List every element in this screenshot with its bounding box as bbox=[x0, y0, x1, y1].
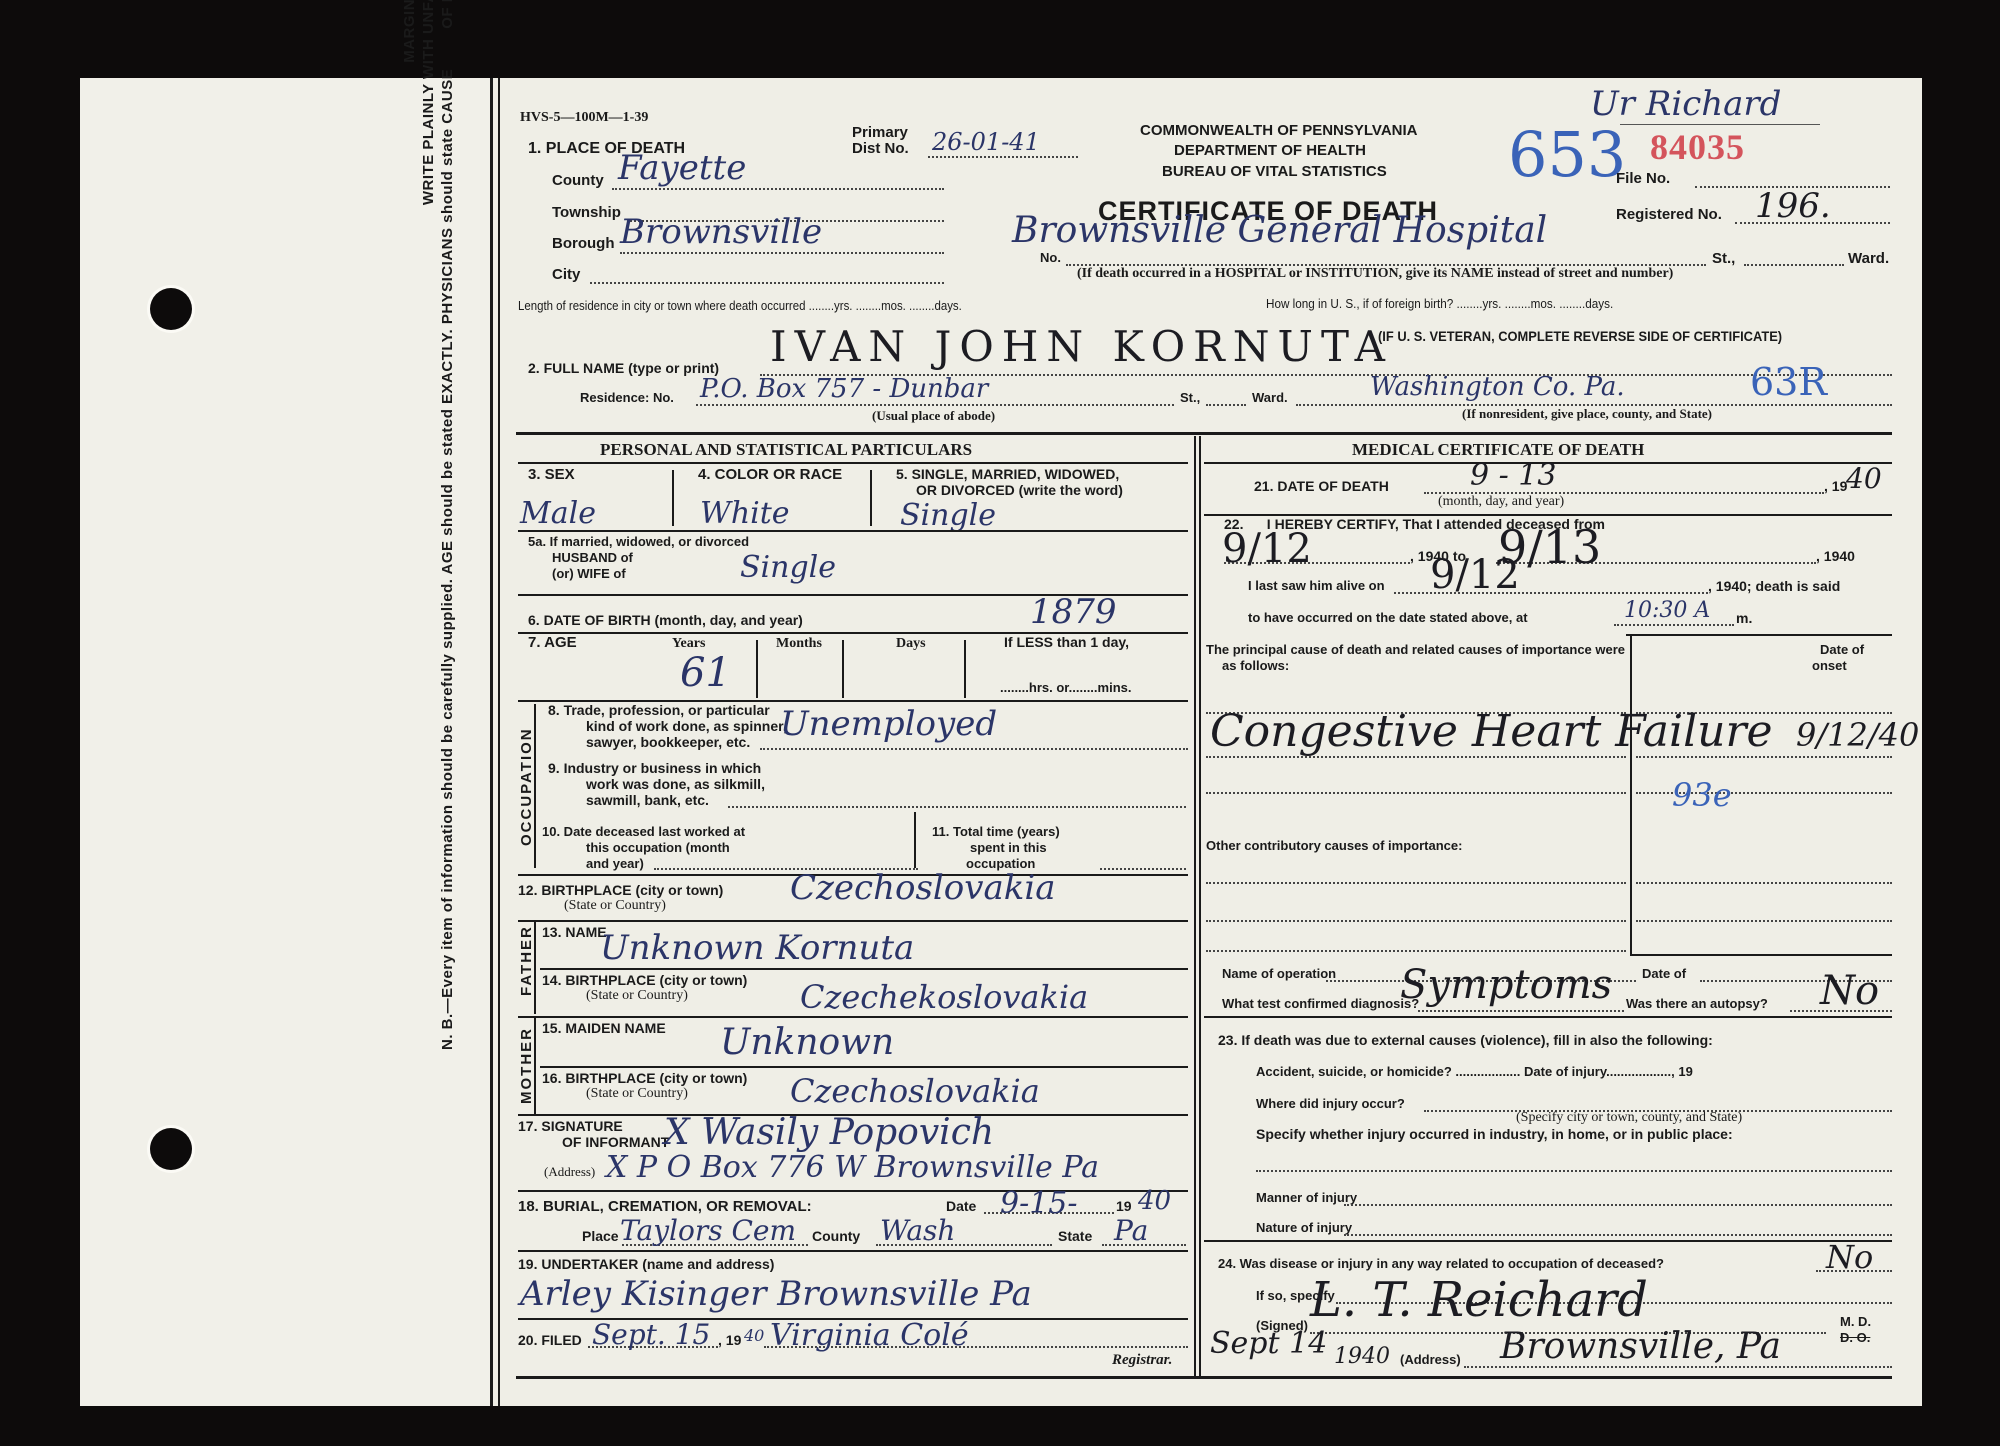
borough-label: Borough bbox=[552, 235, 614, 252]
us-length-label: How long in U. S., if of foreign birth? … bbox=[1266, 296, 1613, 311]
burial-year-value: 40 bbox=[1138, 1186, 1171, 1216]
residence-place-value: Washington Co. Pa. bbox=[1370, 372, 1625, 402]
informant-address-value: X P O Box 776 W Brownsville Pa bbox=[606, 1150, 1099, 1185]
date-of-death-label: 21. DATE OF DEATH bbox=[1254, 478, 1389, 494]
external-causes-label: 23. If death was due to external causes … bbox=[1218, 1032, 1713, 1048]
last-saw-value: 9/12 bbox=[1430, 552, 1520, 598]
burial-date-value: 9-15- bbox=[1000, 1186, 1078, 1221]
age-label: 7. AGE bbox=[528, 634, 577, 651]
birthplace-label-2: (State or Country) bbox=[564, 898, 666, 914]
mother-name-label: 15. MAIDEN NAME bbox=[542, 1020, 666, 1036]
residence-label: Residence: No. bbox=[580, 390, 674, 405]
registered-no-label: Registered No. bbox=[1616, 206, 1722, 223]
burial-state-value: Pa bbox=[1114, 1214, 1148, 1247]
industry-label-2: work was done, as silkmill, bbox=[586, 776, 765, 792]
dist-no-value: 26-01-41 bbox=[932, 128, 1040, 156]
time-of-death-label: to have occurred on the date stated abov… bbox=[1248, 610, 1528, 625]
md-label: M. D. bbox=[1840, 1314, 1871, 1329]
race-value: White bbox=[700, 496, 790, 531]
trade-label-2: kind of work done, as spinner, bbox=[586, 718, 787, 734]
institution-note: (If death occurred in a HOSPITAL or INST… bbox=[1077, 266, 1673, 282]
st-label: St., bbox=[1180, 390, 1200, 405]
mother-name-value: Unknown bbox=[720, 1022, 894, 1063]
date-of-death-note: (month, day, and year) bbox=[1438, 494, 1564, 510]
burial-label: 18. BURIAL, CREMATION, OR REMOVAL: bbox=[518, 1198, 812, 1215]
less-than-day-label: If LESS than 1 day, bbox=[1004, 634, 1129, 650]
accident-label: Accident, suicide, or homicide? ........… bbox=[1256, 1064, 1693, 1079]
attended-from-value: 9/12 bbox=[1222, 526, 1312, 572]
ward-label: Ward. bbox=[1252, 390, 1288, 405]
autopsy-value: No bbox=[1820, 968, 1879, 1014]
city-label: City bbox=[552, 266, 580, 283]
autopsy-label: Was there an autopsy? bbox=[1626, 996, 1768, 1011]
burial-place-value: Taylors Cem bbox=[620, 1214, 796, 1247]
onset-label-1: Date of bbox=[1820, 642, 1864, 657]
ward-label: Ward. bbox=[1848, 250, 1889, 267]
file-stamp-number: 84035 bbox=[1650, 126, 1745, 168]
physician-address-label: (Address) bbox=[1400, 1352, 1461, 1367]
borough-value: Brownsville bbox=[620, 212, 822, 252]
filed-year-prefix: , 19 bbox=[718, 1332, 741, 1348]
mother-birthplace-label-1: 16. BIRTHPLACE (city or town) bbox=[542, 1070, 747, 1086]
filed-date-value: Sept. 15 bbox=[592, 1318, 710, 1351]
operation-label: Name of operation bbox=[1222, 966, 1336, 981]
residence-length-label: Length of residence in city or town wher… bbox=[518, 298, 962, 313]
filed-label: 20. FILED bbox=[518, 1332, 582, 1348]
registered-no-value: 196. bbox=[1755, 186, 1831, 226]
diagnosis-value: Symptoms bbox=[1400, 962, 1612, 1008]
primary-label: Primary bbox=[852, 124, 908, 141]
residence-code: 63R bbox=[1750, 360, 1827, 404]
st-label: St., bbox=[1712, 250, 1735, 267]
last-worked-label-2: this occupation (month bbox=[586, 840, 730, 855]
physician-address-value: Brownsville, Pa bbox=[1500, 1326, 1781, 1367]
father-birthplace-label-1: 14. BIRTHPLACE (city or town) bbox=[542, 972, 747, 988]
where-injury-label: Where did injury occur? bbox=[1256, 1096, 1405, 1111]
medical-header: MEDICAL CERTIFICATE OF DEATH bbox=[1352, 440, 1644, 460]
agency-line-1: COMMONWEALTH OF PENNSYLVANIA bbox=[1140, 122, 1418, 139]
last-saw-year: , 1940; death is said bbox=[1708, 578, 1840, 594]
death-year-value: 40 bbox=[1846, 462, 1882, 495]
total-time-label-2: spent in this bbox=[970, 840, 1047, 855]
top-annotation: Ur Richard bbox=[1590, 84, 1781, 124]
trade-value: Unemployed bbox=[780, 704, 997, 744]
father-birthplace-value: Czechekoslovakia bbox=[800, 978, 1088, 1016]
margin-instructions: MARGIN RESERVED FOR BINDINGWRITE PLAINLY… bbox=[400, 0, 457, 1050]
binding-border bbox=[490, 78, 493, 1406]
abode-note: (Usual place of abode) bbox=[872, 408, 995, 424]
binding-border bbox=[498, 78, 500, 1406]
diagnosis-label: What test confirmed diagnosis? bbox=[1222, 996, 1419, 1011]
informant-label-1: 17. SIGNATURE bbox=[518, 1118, 623, 1134]
filed-year-value: 40 bbox=[744, 1326, 764, 1345]
father-side-label: FATHER bbox=[518, 925, 535, 996]
county-label: County bbox=[552, 172, 604, 189]
dob-label: 6. DATE OF BIRTH (month, day, and year) bbox=[528, 612, 803, 628]
date-of-death-value: 9 - 13 bbox=[1470, 458, 1556, 493]
physician-signature: L. T. Reichard bbox=[1310, 1272, 1648, 1328]
full-name-value: IVAN JOHN KORNUTA bbox=[770, 322, 1393, 371]
burial-state-label: State bbox=[1058, 1228, 1092, 1244]
informant-label-2: OF INFORMANT bbox=[562, 1134, 669, 1150]
days-label: Days bbox=[896, 636, 926, 652]
total-time-label-1: 11. Total time (years) bbox=[932, 824, 1060, 839]
mother-side-label: MOTHER bbox=[518, 1027, 535, 1104]
time-of-death-value: 10:30 A bbox=[1624, 598, 1710, 623]
birthplace-value: Czechoslovakia bbox=[790, 868, 1055, 908]
marital-label-1: 5. SINGLE, MARRIED, WIDOWED, bbox=[896, 466, 1119, 482]
months-label: Months bbox=[776, 636, 822, 652]
marital-value: Single bbox=[900, 498, 996, 533]
birthplace-label-1: 12. BIRTHPLACE (city or town) bbox=[518, 882, 723, 898]
where-injury-note: (Specify city or town, county, and State… bbox=[1516, 1110, 1742, 1126]
death-year-prefix: , 19 bbox=[1824, 478, 1847, 494]
spouse-label-3: (or) WIFE of bbox=[552, 566, 626, 581]
full-name-label: 2. FULL NAME (type or print) bbox=[528, 360, 719, 376]
agency-line-2: DEPARTMENT OF HEALTH bbox=[1174, 142, 1366, 159]
burial-date-label: Date bbox=[946, 1198, 976, 1214]
undertaker-label: 19. UNDERTAKER (name and address) bbox=[518, 1256, 774, 1272]
informant-address-label: (Address) bbox=[544, 1164, 595, 1180]
do-label: D. O. bbox=[1840, 1330, 1870, 1345]
onset-label-2: onset bbox=[1812, 658, 1847, 673]
last-worked-label-3: and year) bbox=[586, 856, 644, 871]
race-label: 4. COLOR OR RACE bbox=[698, 466, 842, 483]
residence-value: P.O. Box 757 - Dunbar bbox=[700, 374, 988, 404]
registrar-label: Registrar. bbox=[1112, 1352, 1172, 1369]
father-name-value: Unknown Kornuta bbox=[600, 928, 914, 968]
form-code: HVS-5—100M—1-39 bbox=[520, 110, 648, 126]
dob-value: 1879 bbox=[1030, 592, 1117, 632]
cause-label-1: The principal cause of death and related… bbox=[1206, 642, 1625, 657]
onset-value: 9/12/40 bbox=[1796, 716, 1919, 754]
attended-to-year: , 1940 bbox=[1816, 548, 1855, 564]
marital-label-2: OR DIVORCED (write the word) bbox=[916, 482, 1123, 498]
township-label: Township bbox=[552, 204, 621, 221]
spouse-label-2: HUSBAND of bbox=[552, 550, 633, 565]
occupational-label: 24. Was disease or injury in any way rel… bbox=[1218, 1256, 1664, 1271]
industry-label-3: sawmill, bank, etc. bbox=[586, 792, 709, 808]
burial-year-prefix: 19 bbox=[1116, 1198, 1132, 1214]
personal-header: PERSONAL AND STATISTICAL PARTICULARS bbox=[600, 440, 972, 460]
father-name-label: 13. NAME bbox=[542, 924, 607, 940]
cause-label-2: as follows: bbox=[1222, 658, 1289, 673]
no-label: No. bbox=[1040, 250, 1061, 265]
burial-county-label: County bbox=[812, 1228, 860, 1244]
burial-place-label: Place bbox=[582, 1228, 619, 1244]
sign-year-value: 1940 bbox=[1334, 1344, 1390, 1369]
agency-line-3: BUREAU OF VITAL STATISTICS bbox=[1162, 163, 1387, 180]
sign-date-value: Sept 14 bbox=[1210, 1326, 1327, 1361]
years-value: 61 bbox=[680, 650, 731, 696]
mother-birthplace-label-2: (State or Country) bbox=[586, 1086, 688, 1102]
pencil-file-number: 653 bbox=[1508, 118, 1626, 191]
industry-label-1: 9. Industry or business in which bbox=[548, 760, 761, 776]
hours-minutes-label: ........hrs. or........mins. bbox=[1000, 680, 1131, 695]
time-of-death-suffix: m. bbox=[1736, 610, 1752, 626]
punch-hole-icon bbox=[150, 1128, 192, 1170]
informant-signature: X Wasily Popovich bbox=[664, 1112, 994, 1153]
institution-value: Brownsville General Hospital bbox=[1012, 210, 1547, 251]
father-birthplace-label-2: (State or Country) bbox=[586, 988, 688, 1004]
sex-label: 3. SEX bbox=[528, 466, 575, 483]
last-worked-label-1: 10. Date deceased last worked at bbox=[542, 824, 745, 839]
veteran-note: (IF U. S. VETERAN, COMPLETE REVERSE SIDE… bbox=[1378, 328, 1782, 344]
contributory-label: Other contributory causes of importance: bbox=[1206, 838, 1462, 853]
cause-of-death-value: Congestive Heart Failure bbox=[1210, 706, 1773, 757]
trade-label-3: sawyer, bookkeeper, etc. bbox=[586, 734, 750, 750]
county-value: Fayette bbox=[618, 148, 746, 188]
nature-injury-label: Nature of injury bbox=[1256, 1220, 1352, 1235]
mother-birthplace-value: Czechoslovakia bbox=[790, 1072, 1040, 1110]
occupational-value: No bbox=[1826, 1238, 1873, 1276]
registrar-name: Virginia Colé bbox=[770, 1318, 969, 1353]
nonresident-note: (If nonresident, give place, county, and… bbox=[1462, 406, 1712, 422]
occupation-side-label: OCCUPATION bbox=[518, 727, 535, 846]
trade-label-1: 8. Trade, profession, or particular bbox=[548, 702, 770, 718]
specify-place-label: Specify whether injury occurred in indus… bbox=[1256, 1126, 1733, 1142]
spouse-label-1: 5a. If married, widowed, or divorced bbox=[528, 534, 749, 549]
file-no-label: File No. bbox=[1616, 170, 1670, 187]
operation-date-label: Date of bbox=[1642, 966, 1686, 981]
spouse-value: Single bbox=[740, 550, 836, 585]
punch-hole-icon bbox=[150, 288, 192, 330]
last-saw-label: I last saw him alive on bbox=[1248, 578, 1385, 593]
dist-label: Dist No. bbox=[852, 140, 909, 157]
undertaker-value: Arley Kisinger Brownsville Pa bbox=[520, 1274, 1032, 1314]
burial-county-value: Wash bbox=[880, 1214, 955, 1247]
cause-code: 93e bbox=[1672, 776, 1732, 814]
manner-injury-label: Manner of injury bbox=[1256, 1190, 1357, 1205]
sex-value: Male bbox=[520, 496, 596, 531]
